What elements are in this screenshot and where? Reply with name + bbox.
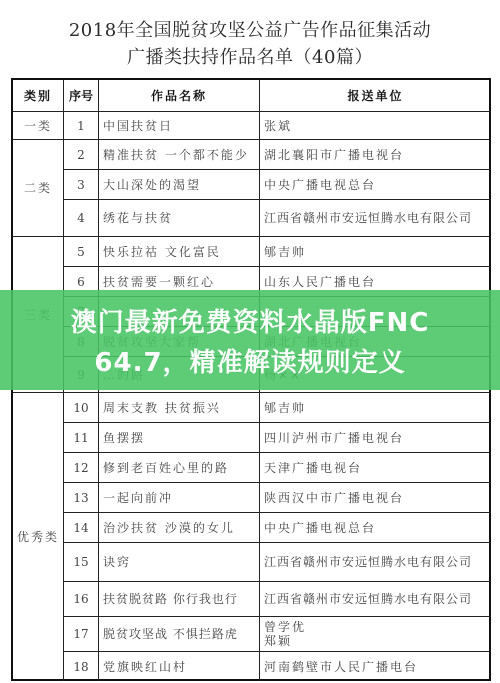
row-unit: 江西省赣州市安远恒腾水电有限公司 xyxy=(260,543,491,582)
category-cell-class1: 一类 xyxy=(13,112,64,140)
row-number: 3 xyxy=(64,170,99,200)
row-unit: 张斌 xyxy=(260,112,491,140)
row-work-name: 大山深处的渴望 xyxy=(99,170,260,200)
row-work-name: 党旗映红山村 xyxy=(99,652,260,681)
row-work-name: 修到老百姓心里的路 xyxy=(99,453,260,483)
overlay-banner-line2: 64.7，精准解读规则定义 xyxy=(0,342,500,379)
row-work-name: 中国扶贫日 xyxy=(99,112,260,140)
row-work-name: 快乐拉祜 文化富民 xyxy=(99,237,260,267)
row-unit-line1: 曾学优 xyxy=(264,620,306,634)
overlay-banner-line1: 澳门最新免费资料水晶版FNC xyxy=(0,302,500,339)
header-work-name: 作品名称 xyxy=(99,80,260,112)
row-unit: 郇吉帅 xyxy=(260,237,491,267)
row-work-name: 扶贫脱贫路 你行我也行 xyxy=(99,582,260,617)
row-work-name: 一起向前冲 xyxy=(99,483,260,513)
row-number: 13 xyxy=(64,483,99,513)
category-cell-excellent: 优秀类 xyxy=(13,393,64,681)
row-work-name: 周末支教 扶贫振兴 xyxy=(99,393,260,423)
row-work-name: 脱贫攻坚战 不惧拦路虎 xyxy=(99,617,260,652)
row-unit: 中央广播电视总台 xyxy=(260,170,491,200)
row-work-name: 精准扶贫 一个都不能少 xyxy=(99,140,260,170)
row-number: 17 xyxy=(64,617,99,652)
row-number: 2 xyxy=(64,140,99,170)
row-unit: 河南鹤壁市人民广播电台 xyxy=(260,652,491,681)
row-number: 12 xyxy=(64,453,99,483)
document-title-line2: 广播类扶持作品名单（40篇） xyxy=(0,43,500,69)
header-submitting-unit: 报送单位 xyxy=(260,80,491,112)
row-unit: 曾学优 郑颖 xyxy=(260,617,491,652)
header-category: 类别 xyxy=(13,80,64,112)
row-unit: 中央广播电视总台 xyxy=(260,513,491,543)
row-number: 18 xyxy=(64,652,99,681)
row-number: 1 xyxy=(64,112,99,140)
row-work-name: 鱼摆摆 xyxy=(99,423,260,453)
row-unit: 江西省赣州市安远恒腾水电有限公司 xyxy=(260,200,491,237)
row-unit-line2: 郑颖 xyxy=(264,634,292,648)
row-number: 16 xyxy=(64,582,99,617)
row-unit: 湖北襄阳市广播电视台 xyxy=(260,140,491,170)
row-work-name: 治沙扶贫 沙漠的女儿 xyxy=(99,513,260,543)
row-unit: 天津广播电视台 xyxy=(260,453,491,483)
row-unit: 陕西汉中市广播电视台 xyxy=(260,483,491,513)
row-work-name: 绣花与扶贫 xyxy=(99,200,260,237)
row-unit: 郇吉帅 xyxy=(260,393,491,423)
row-number: 5 xyxy=(64,237,99,267)
row-number: 4 xyxy=(64,200,99,237)
document-title-line1: 2018年全国脱贫攻坚公益广告作品征集活动 xyxy=(0,16,500,42)
row-unit: 江西省赣州市安远恒腾水电有限公司 xyxy=(260,582,491,617)
header-number: 序号 xyxy=(64,80,99,112)
category-cell-class2: 二类 xyxy=(13,140,64,237)
row-work-name: 诀窍 xyxy=(99,543,260,582)
row-number: 11 xyxy=(64,423,99,453)
row-number: 15 xyxy=(64,543,99,582)
row-number: 14 xyxy=(64,513,99,543)
row-unit: 四川泸州市广播电视台 xyxy=(260,423,491,453)
row-number: 10 xyxy=(64,393,99,423)
